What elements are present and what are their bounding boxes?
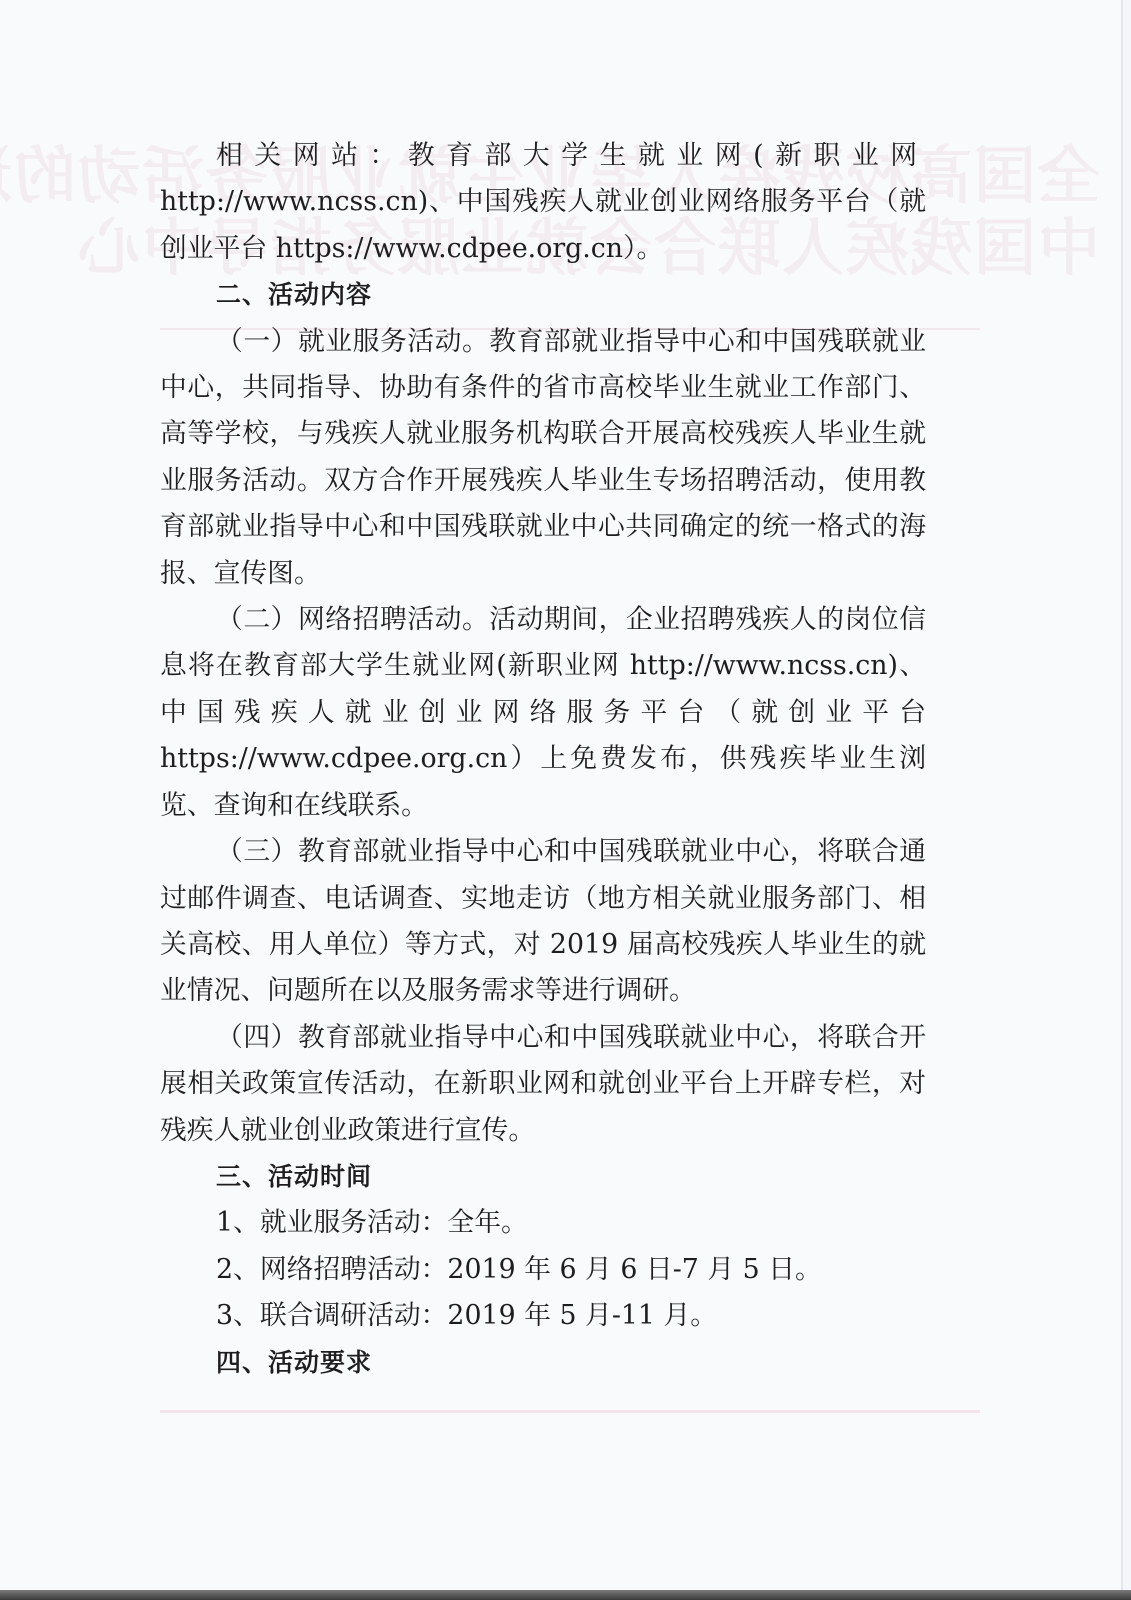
bleed-through-rule-bottom (160, 1410, 980, 1413)
paragraph-online-recruitment: （二）网络招聘活动。活动期间，企业招聘残疾人的岗位信息将在教育部大学生就业网(新… (160, 597, 926, 829)
section-heading-time: 三、活动时间 (160, 1154, 926, 1200)
time-item-employment-service: 1、就业服务活动：全年。 (160, 1200, 926, 1246)
section-heading-content: 二、活动内容 (160, 272, 926, 318)
section-heading-requirements: 四、活动要求 (160, 1340, 926, 1386)
related-sites-rest: http://www.ncss.cn)、中国残疾人就业创业网络服务平台（就创业平… (160, 179, 926, 272)
time-item-online-recruitment: 2、网络招聘活动：2019 年 6 月 6 日-7 月 5 日。 (160, 1247, 926, 1293)
document-body: 相关网站：教育部大学生就业网(新职业网 http://www.ncss.cn)、… (160, 133, 926, 1386)
scanned-page: 全国高校残疾人毕业生就业服务活动的通知 中国残疾人联合会就业服务指导中心 相关网… (0, 0, 1123, 1592)
time-item-joint-survey: 3、联合调研活动：2019 年 5 月-11 月。 (160, 1293, 926, 1339)
paragraph-employment-service: （一）就业服务活动。教育部就业指导中心和中国残联就业中心，共同指导、协助有条件的… (160, 319, 926, 597)
scanner-bottom-edge (0, 1590, 1131, 1600)
paragraph-policy-promotion: （四）教育部就业指导中心和中国残联就业中心，将联合开展相关政策宣传活动，在新职业… (160, 1015, 926, 1154)
paragraph-joint-survey: （三）教育部就业指导中心和中国残联就业中心，将联合通过邮件调查、电话调查、实地走… (160, 829, 926, 1015)
related-sites-line1: 相关网站：教育部大学生就业网(新职业网 (160, 133, 926, 179)
